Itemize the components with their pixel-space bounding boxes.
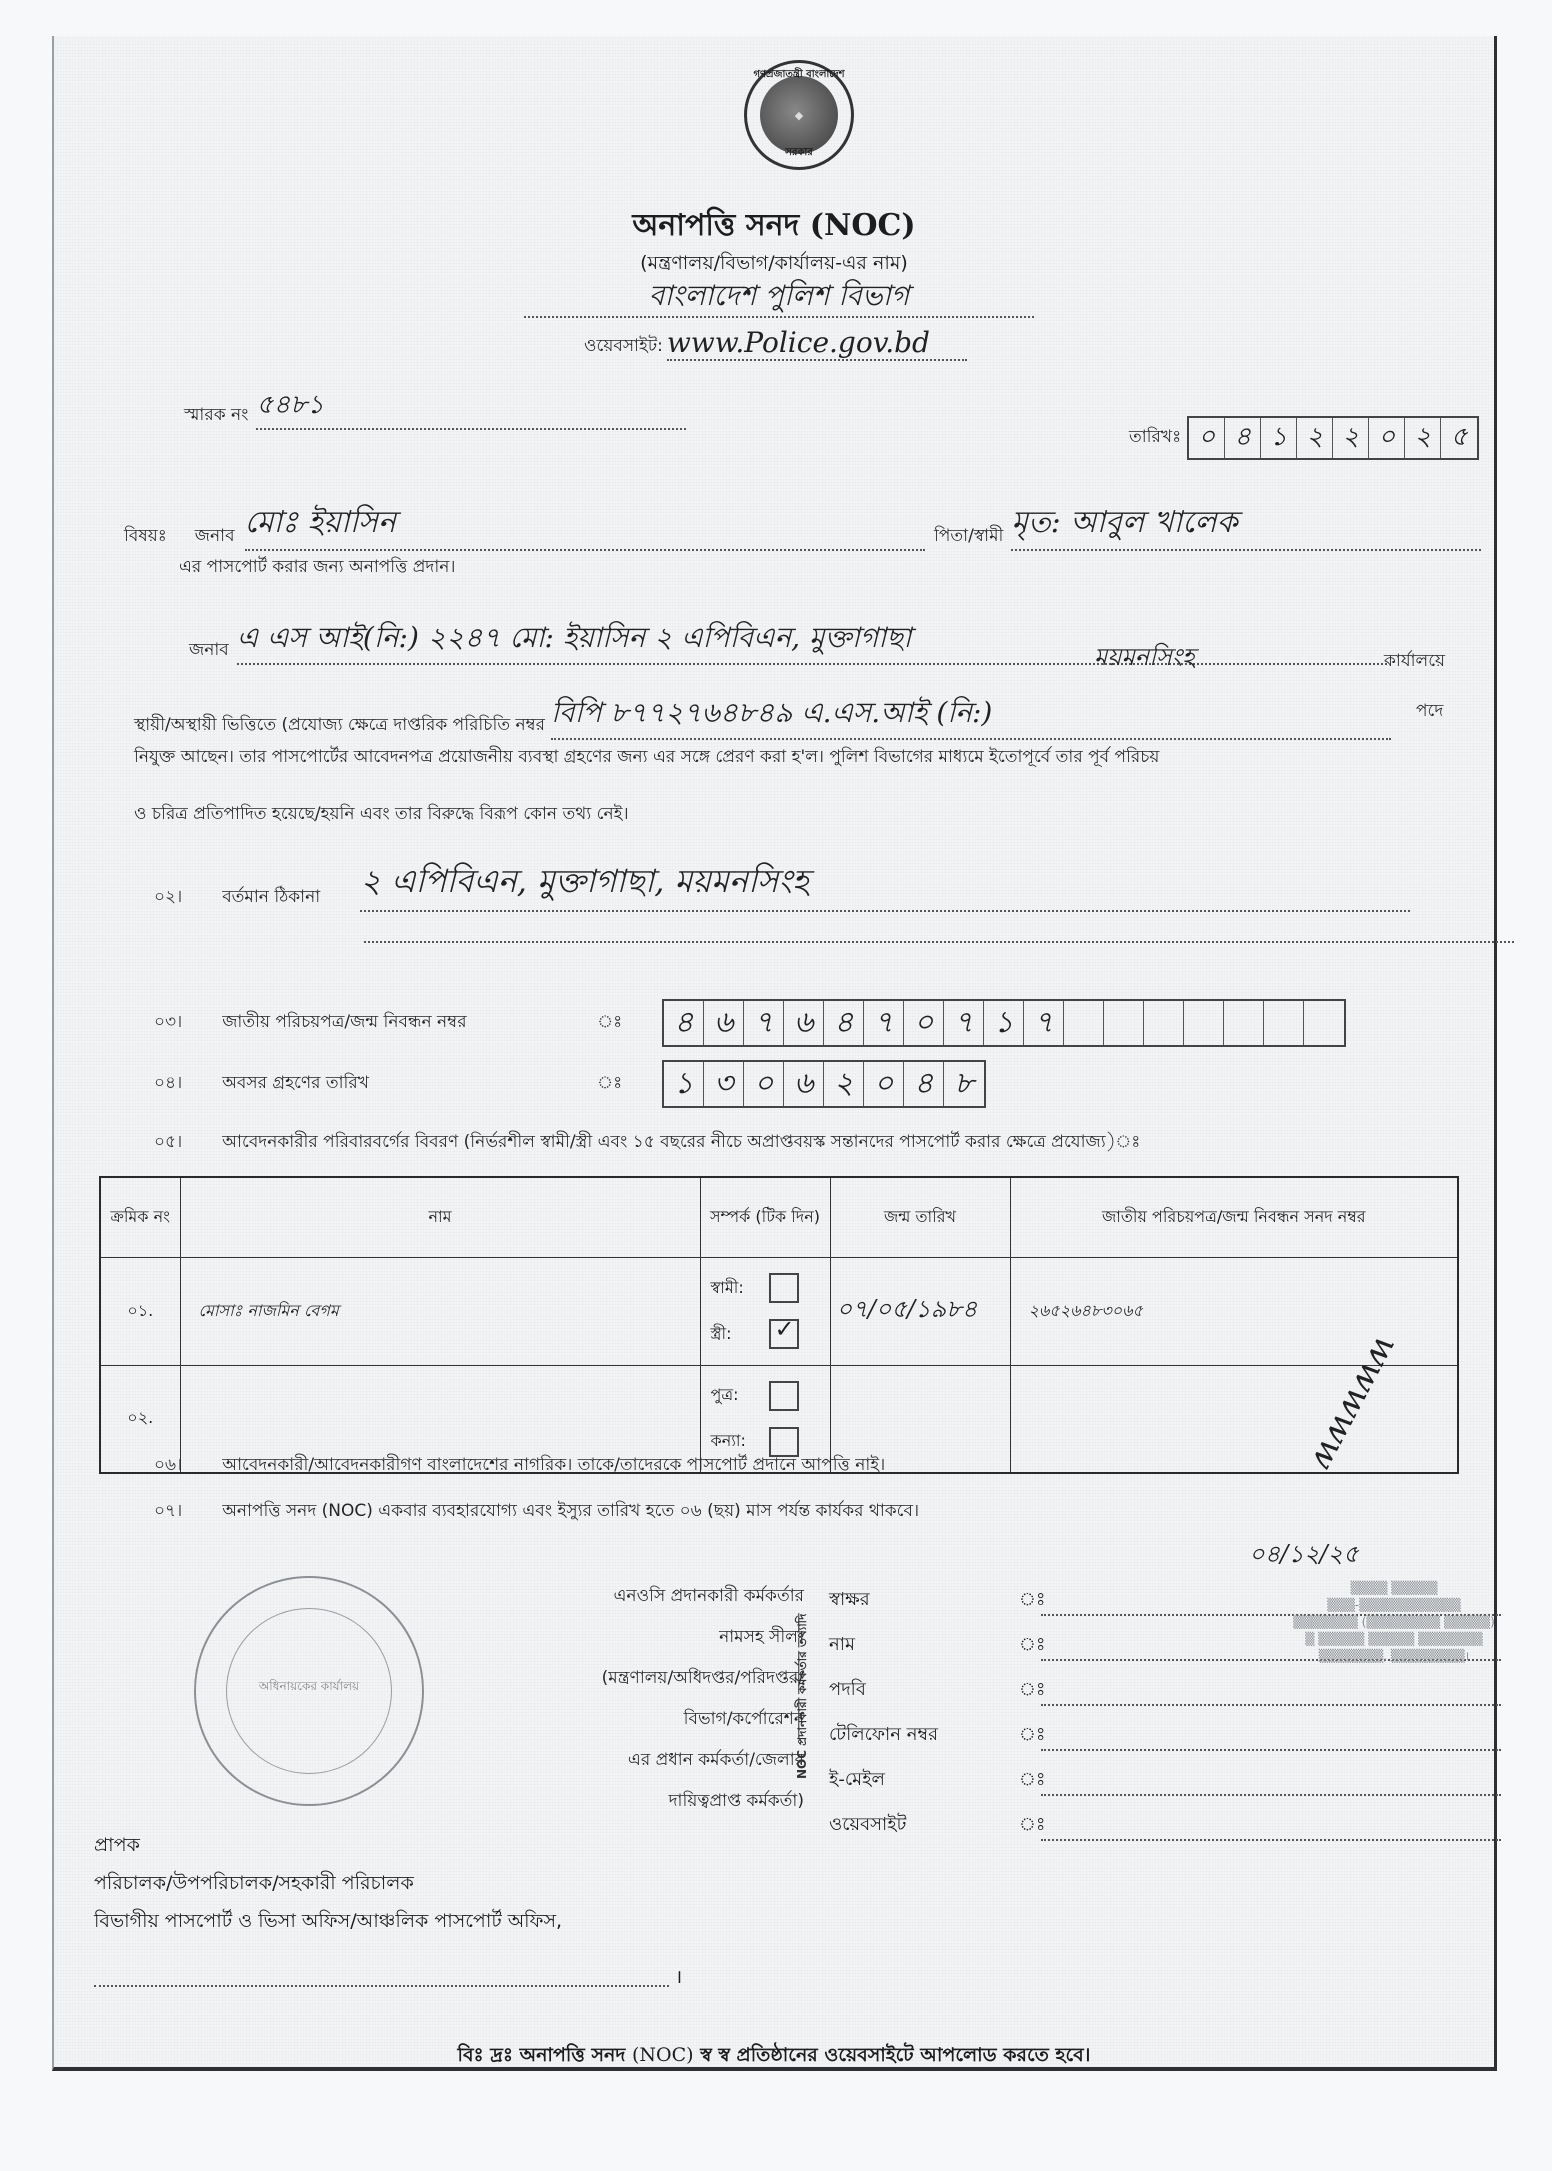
col-serial: ক্রমিক নং	[100, 1177, 180, 1257]
vertical-label: NOC প্রদানকারী কর্মকর্তার তথ্যাদি	[792, 1566, 814, 1826]
relation-checkbox[interactable]	[769, 1381, 799, 1411]
father-label: পিতা/স্বামী	[934, 523, 1003, 551]
page-title: অনাপত্তি সনদ (NOC)	[54, 201, 1494, 252]
perm-label: স্থায়ী/অস্থায়ী ভিত্তিতে (প্রযোজ্য ক্ষে…	[134, 712, 545, 740]
nid-digit-boxes[interactable]: ৪৬৭৬৪৭০৭১৭	[662, 999, 1346, 1047]
item-05-family: ০৫। আবেদনকারীর পরিবারবর্গের বিবরণ (নির্ভ…	[154, 1129, 1140, 1157]
nid-digit-box[interactable]	[1144, 1001, 1184, 1045]
signatory-field-input[interactable]	[1041, 1813, 1501, 1841]
footnote-prefix: বিঃ দ্রঃ অনাপত্তি সনদ	[458, 2044, 626, 2066]
recipient-line-2: বিভাগীয় পাসপোর্ট ও ভিসা অফিস/আঞ্চলিক পা…	[94, 1902, 682, 1940]
memo-number-field[interactable]: ৫৪৮১	[256, 384, 686, 430]
family-table-row: ০১. মোসাঃ নাজমিন বেগম স্বামী: স্ত্রী: ০৭…	[100, 1257, 1458, 1365]
signatory-field-input[interactable]	[1041, 1768, 1501, 1796]
date-digit-box[interactable]: ২	[1297, 418, 1333, 458]
retirement-digit-box[interactable]: ১	[664, 1062, 704, 1106]
website-field[interactable]: www.Police.gov.bd	[667, 326, 967, 361]
col-nid: জাতীয় পরিচয়পত্র/জন্ম নিবন্ধন সনদ নম্বর	[1010, 1177, 1458, 1257]
recipient-end: ।	[675, 1966, 682, 1988]
memo-row: স্মারক নং ৫৪৮১	[184, 384, 686, 430]
subject-label: বিষয়ঃ	[124, 523, 167, 551]
nid-digit-box[interactable]: ৪	[664, 1001, 704, 1045]
item-num-06: ০৬।	[154, 1452, 182, 1480]
signatory-field-colon: ঃ	[1019, 1630, 1041, 1661]
signatory-field-colon: ঃ	[1019, 1720, 1041, 1751]
nid-digit-box[interactable]: ১	[984, 1001, 1024, 1045]
address-field-line-2[interactable]	[364, 941, 1514, 943]
signatory-field-colon: ঃ	[1019, 1585, 1041, 1616]
memo-label: স্মারক নং	[184, 402, 248, 430]
nid-digit-box[interactable]: ৭	[1024, 1001, 1064, 1045]
item-02-address: ০২। বর্তমান ঠিকানা ২ এপিবিএন, মুক্তাগাছা…	[154, 856, 1410, 912]
signatory-label-line: (মন্ত্রণালয়/অধিদপ্তর/পরিদপ্তর/	[414, 1658, 804, 1699]
signatory-label-line: দায়িত্বপ্রাপ্ত কর্মকর্তা)	[414, 1781, 804, 1822]
nid-digit-box[interactable]: ৭	[944, 1001, 984, 1045]
signatory-description: এনওসি প্রদানকারী কর্মকর্তারনামসহ সীল।(মন…	[414, 1576, 804, 1822]
office-district-handwritten: ময়মনসিংহ	[1094, 639, 1195, 679]
retirement-digit-box[interactable]: ৪	[904, 1062, 944, 1106]
title-en: (NOC)	[810, 208, 916, 243]
date-digit-box[interactable]: ০	[1189, 418, 1225, 458]
item-num-05: ০৫।	[154, 1129, 182, 1157]
relation-option: পুত্র:	[711, 1373, 820, 1419]
retirement-digit-box[interactable]: ২	[824, 1062, 864, 1106]
date-row: তারিখঃ ০৪১২২০২৫	[1129, 416, 1479, 460]
col-relation: সম্পর্ক (টিক দিন)	[700, 1177, 830, 1257]
nid-label: জাতীয় পরিচয়পত্র/জন্ম নিবন্ধন নম্বর	[222, 1009, 557, 1037]
signatory-label-line: এনওসি প্রদানকারী কর্মকর্তার	[414, 1576, 804, 1617]
family-table-header: ক্রমিক নং নাম সম্পর্ক (টিক দিন) জন্ম তার…	[100, 1177, 1458, 1257]
official-id-field[interactable]: বিপি ৮৭৭২৭৬৪৮৪৯ এ.এস.আই (নি:)	[551, 691, 1391, 740]
signatory-field-row: টেলিফোন নম্বর ঃ	[829, 1706, 1501, 1751]
signatory-field-label: স্বাক্ষর	[829, 1585, 1019, 1616]
relation-label: পুত্র:	[711, 1382, 759, 1409]
citizenship-statement: আবেদনকারী/আবেদনকারীগণ বাংলাদেশের নাগরিক।…	[222, 1452, 885, 1480]
retirement-digit-box[interactable]: ০	[744, 1062, 784, 1106]
signatory-field-row: ওয়েবসাইট ঃ	[829, 1796, 1501, 1841]
recipient-office-field[interactable]	[94, 1969, 669, 1987]
date-digit-box[interactable]: ২	[1405, 418, 1441, 458]
signature-date: ০৪/১২/২৫	[1249, 1536, 1359, 1576]
signatory-field-label: ই-মেইল	[829, 1765, 1019, 1796]
nid-digit-box[interactable]	[1304, 1001, 1344, 1045]
item-num-02: ০২।	[154, 884, 182, 912]
subject-row: বিষয়ঃ জনাব মোঃ ইয়াসিন	[124, 498, 925, 551]
signatory-label-line: এর প্রধান কর্মকর্তা/জেলার	[414, 1740, 804, 1781]
family-table: ক্রমিক নং নাম সম্পর্ক (টিক দিন) জন্ম তার…	[99, 1176, 1459, 1474]
retirement-digit-box[interactable]: ০	[864, 1062, 904, 1106]
recipient-block: প্রাপক পরিচালক/উপপরিচালক/সহকারী পরিচালক …	[94, 1826, 682, 1996]
bangladesh-map-icon: ◆	[760, 76, 838, 154]
footnote-suffix: স্ব স্ব প্রতিষ্ঠানের ওয়েবসাইটে আপলোড কর…	[700, 2044, 1090, 2066]
signatory-field-label: টেলিফোন নম্বর	[829, 1720, 1019, 1751]
nid-digit-box[interactable]: ৬	[704, 1001, 744, 1045]
nid-digit-box[interactable]	[1224, 1001, 1264, 1045]
recipient-heading: প্রাপক	[94, 1826, 682, 1864]
date-digit-boxes[interactable]: ০৪১২২০২৫	[1187, 416, 1479, 460]
nid-digit-box[interactable]	[1184, 1001, 1224, 1045]
signatory-field-colon: ঃ	[1019, 1675, 1041, 1706]
jonab-label-2: জনাব	[189, 637, 229, 665]
father-row: পিতা/স্বামী মৃত: আবুল খালেক	[934, 498, 1481, 551]
item-06-citizenship: ০৬। আবেদনকারী/আবেদনকারীগণ বাংলাদেশের নাগ…	[154, 1452, 885, 1480]
office-seal-stamp: অধিনায়কের কার্যালয়	[194, 1576, 424, 1806]
office-suffix: কার্যালয়ে	[1384, 648, 1445, 676]
col-dob: জন্ম তারিখ	[830, 1177, 1010, 1257]
item-num-07: ০৭।	[154, 1498, 182, 1526]
signatory-field-input[interactable]	[1041, 1678, 1501, 1706]
nid-digit-box[interactable]: ৬	[784, 1001, 824, 1045]
date-digit-box[interactable]: ৫	[1441, 418, 1477, 458]
footnote: বিঃ দ্রঃ অনাপত্তি সনদ (NOC) স্ব স্ব প্রত…	[54, 2041, 1494, 2073]
nid-digit-box[interactable]	[1264, 1001, 1304, 1045]
item-num-03: ০৩।	[154, 1009, 182, 1037]
signatory-field-row: পদবি ঃ	[829, 1661, 1501, 1706]
member-nid-cell[interactable]	[1010, 1365, 1458, 1473]
retirement-digit-box[interactable]: ৬	[784, 1062, 824, 1106]
relation-label: স্ত্রী:	[711, 1321, 759, 1348]
recipient-line-1: পরিচালক/উপপরিচালক/সহকারী পরিচালক	[94, 1864, 682, 1902]
designation-row: জনাব এ এস আই(নি:) ২২৪৭ মো: ইয়াসিন ২ এপি…	[189, 616, 1387, 665]
signatory-field-label: পদবি	[829, 1675, 1019, 1706]
official-id-row: স্থায়ী/অস্থায়ী ভিত্তিতে (প্রযোজ্য ক্ষে…	[134, 691, 1391, 740]
seal-text: অধিনায়কের কার্যালয়	[196, 1678, 422, 1698]
nid-digit-box[interactable]	[1064, 1001, 1104, 1045]
retirement-label: অবসর গ্রহণের তারিখ	[222, 1070, 557, 1098]
dob-cell[interactable]: ০৭/০৫/১৯৮৪	[830, 1257, 1010, 1365]
signatory-field-colon: ঃ	[1019, 1765, 1041, 1796]
serial-cell: ০১.	[100, 1257, 180, 1365]
signatory-label-line: বিভাগ/কর্পোরেশন	[414, 1699, 804, 1740]
date-digit-box[interactable]: ৪	[1225, 418, 1261, 458]
father-name-field[interactable]: মৃত: আবুল খালেক	[1011, 498, 1481, 551]
nid-colon: ঃ	[597, 1009, 622, 1037]
jonab-label: জনাব	[195, 523, 235, 551]
website-row: ওয়েবসাইট: www.Police.gov.bd	[584, 326, 967, 361]
ministry-name-field[interactable]: বাংলাদেশ পুলিশ বিভাগ	[524, 274, 1034, 318]
relation-option: স্ত্রী:	[711, 1311, 820, 1357]
relation-cell: স্বামী: স্ত্রী:	[700, 1257, 830, 1365]
noc-form-page: গণপ্রজাতন্ত্রী বাংলাদেশ ◆ সরকার অনাপত্তি…	[52, 36, 1497, 2071]
body-paragraph-1: নিযুক্ত আছেন। তার পাসপোর্টের আবেদনপত্র প…	[134, 744, 1494, 772]
body-paragraph-2: ও চরিত্র প্রতিপাদিত হয়েছে/হয়নি এবং তার…	[134, 801, 629, 829]
item-03-nid: ০৩। জাতীয় পরিচয়পত্র/জন্ম নিবন্ধন নম্বর…	[154, 999, 1346, 1047]
address-label: বর্তমান ঠিকানা	[222, 884, 320, 912]
date-digit-box[interactable]: ০	[1369, 418, 1405, 458]
nid-digit-box[interactable]: ৭	[744, 1001, 784, 1045]
signatory-field-label: ওয়েবসাইট	[829, 1810, 1019, 1841]
nid-digit-box[interactable]: ৪	[824, 1001, 864, 1045]
nid-digit-box[interactable]: ০	[904, 1001, 944, 1045]
signatory-label-line: নামসহ সীল।	[414, 1617, 804, 1658]
retirement-digit-boxes[interactable]: ১৩০৬২০৪৮	[662, 1060, 986, 1108]
item-07-validity: ০৭। অনাপত্তি সনদ (NOC) একবার ব্যবহারযোগ্…	[154, 1498, 919, 1526]
emblem-ring-top: গণপ্রজাতন্ত্রী বাংলাদেশ	[747, 67, 851, 84]
applicant-name-field[interactable]: মোঃ ইয়াসিন	[245, 498, 925, 551]
date-digit-box[interactable]: ১	[1261, 418, 1297, 458]
signatory-field-input[interactable]	[1041, 1723, 1501, 1751]
officer-name-stamp: ▒▒▒▒ ▒▒▒▒▒▒▒▒-▒▒▒▒▒▒▒▒▒▒▒▒▒▒▒▒▒▒ (▒▒▒▒▒▒…	[1244, 1580, 1544, 1665]
item-num-04: ০৪।	[154, 1070, 182, 1098]
date-label: তারিখঃ	[1129, 424, 1181, 452]
retirement-digit-box[interactable]: ৩	[704, 1062, 744, 1106]
government-emblem-icon: গণপ্রজাতন্ত্রী বাংলাদেশ ◆ সরকার	[744, 60, 854, 170]
member-name-cell[interactable]: মোসাঃ নাজমিন বেগম	[180, 1257, 700, 1365]
website-label: ওয়েবসাইট:	[584, 333, 663, 361]
relation-label: স্বামী:	[711, 1275, 759, 1302]
designation-field[interactable]: এ এস আই(নি:) ২২৪৭ মো: ইয়াসিন ২ এপিবিএন,…	[237, 616, 1387, 665]
subject-line: এর পাসপোর্ট করার জন্য অনাপত্তি প্রদান।	[179, 554, 456, 582]
nid-digit-box[interactable]	[1104, 1001, 1144, 1045]
post-suffix: পদে	[1416, 698, 1443, 726]
nid-digit-box[interactable]: ৭	[864, 1001, 904, 1045]
retirement-colon: ঃ	[597, 1070, 622, 1098]
retirement-digit-box[interactable]: ৮	[944, 1062, 984, 1106]
title-bn: অনাপত্তি সনদ	[632, 208, 799, 243]
relation-option: স্বামী:	[711, 1265, 820, 1311]
footnote-noc: (NOC)	[632, 2044, 694, 2066]
signatory-field-row: ই-মেইল ঃ	[829, 1751, 1501, 1796]
address-field[interactable]: ২ এপিবিএন, মুক্তাগাছা, ময়মনসিংহ	[360, 856, 1410, 912]
family-caption: আবেদনকারীর পরিবারবর্গের বিবরণ (নির্ভরশীল…	[222, 1129, 1140, 1157]
signatory-field-colon: ঃ	[1019, 1810, 1041, 1841]
col-name: নাম	[180, 1177, 700, 1257]
date-digit-box[interactable]: ২	[1333, 418, 1369, 458]
relation-checkbox[interactable]	[769, 1319, 799, 1349]
validity-statement: অনাপত্তি সনদ (NOC) একবার ব্যবহারযোগ্য এব…	[222, 1498, 919, 1526]
signatory-field-label: নাম	[829, 1630, 1019, 1661]
emblem-ring-bottom: সরকার	[747, 145, 851, 162]
relation-checkbox[interactable]	[769, 1273, 799, 1303]
item-04-retirement-date: ০৪। অবসর গ্রহণের তারিখ ঃ ১৩০৬২০৪৮	[154, 1060, 986, 1108]
